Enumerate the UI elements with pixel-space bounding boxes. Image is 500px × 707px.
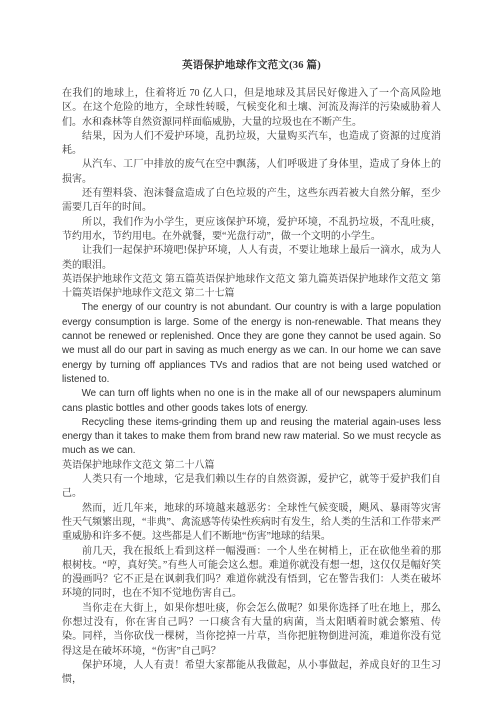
intro-paragraph: 在我们的地球上，住着将近 70 亿人口，但是地球及其居民好像进入了一个高风险地区… [62,87,441,130]
body-paragraph: 然而，近几年来，地球的环境越来越恶劣：全球性气候变暖，飓风、暴雨等灾害性天气频繁… [62,502,441,545]
section-heading: 英语保护地球作文范文 第二十八篇 [62,459,441,473]
document-title: 英语保护地球作文范文(36 篇) [62,57,441,72]
body-paragraph: 前几天，我在报纸上看到这样一幅漫画：一个人坐在树梢上，正在砍他坐着的那根树枝。“… [62,545,441,602]
body-paragraph: 所以，我们作为小学生，更应该保护环境，爱护环境，不乱扔垃圾，不乱吐痰，节约用水，… [62,216,441,245]
body-paragraph: Recycling these items-grinding them up a… [62,416,441,459]
document-page: 英语保护地球作文范文(36 篇) 在我们的地球上，住着将近 70 亿人口，但是地… [0,0,500,707]
body-paragraph: We can turn off lights when no one is in… [62,387,441,416]
body-paragraph: 当你走在大街上，如果你想吐痰，你会怎么做呢？如果你选择了吐在地上，那么你想过没有… [62,602,441,659]
body-paragraph: 结果，因为人们不爱护环境，乱扔垃圾，大量购买汽车，也造成了资源的过度消耗。 [62,130,441,159]
document-body: 在我们的地球上，住着将近 70 亿人口，但是地球及其居民好像进入了一个高风险地区… [62,87,441,687]
section-heading: 英语保护地球作文范文 第五篇英语保护地球作文范文 第九篇英语保护地球作文范文 第… [62,273,441,302]
closing-paragraph: 保护环境，人人有责！希望大家都能从我做起，从小事做起，养成良好的卫生习惯， [62,659,441,688]
body-paragraph: 让我们一起保护环境吧!保护环境，人人有责，不要让地球上最后一滴水，成为人类的眼泪… [62,244,441,273]
body-paragraph: 从汽车、工厂中排放的废气在空中飘荡，人们呼吸进了身体里，造成了身体上的损害。 [62,158,441,187]
body-paragraph: 还有塑料袋、泡沫餐盒造成了白色垃圾的产生，这些东西若被大自然分解，至少需要几百年… [62,187,441,216]
body-paragraph: The energy of our country is not abundan… [62,301,441,387]
body-paragraph: 人类只有一个地球，它是我们赖以生存的自然资源，爱护它，就等于爱护我们自己。 [62,473,441,502]
